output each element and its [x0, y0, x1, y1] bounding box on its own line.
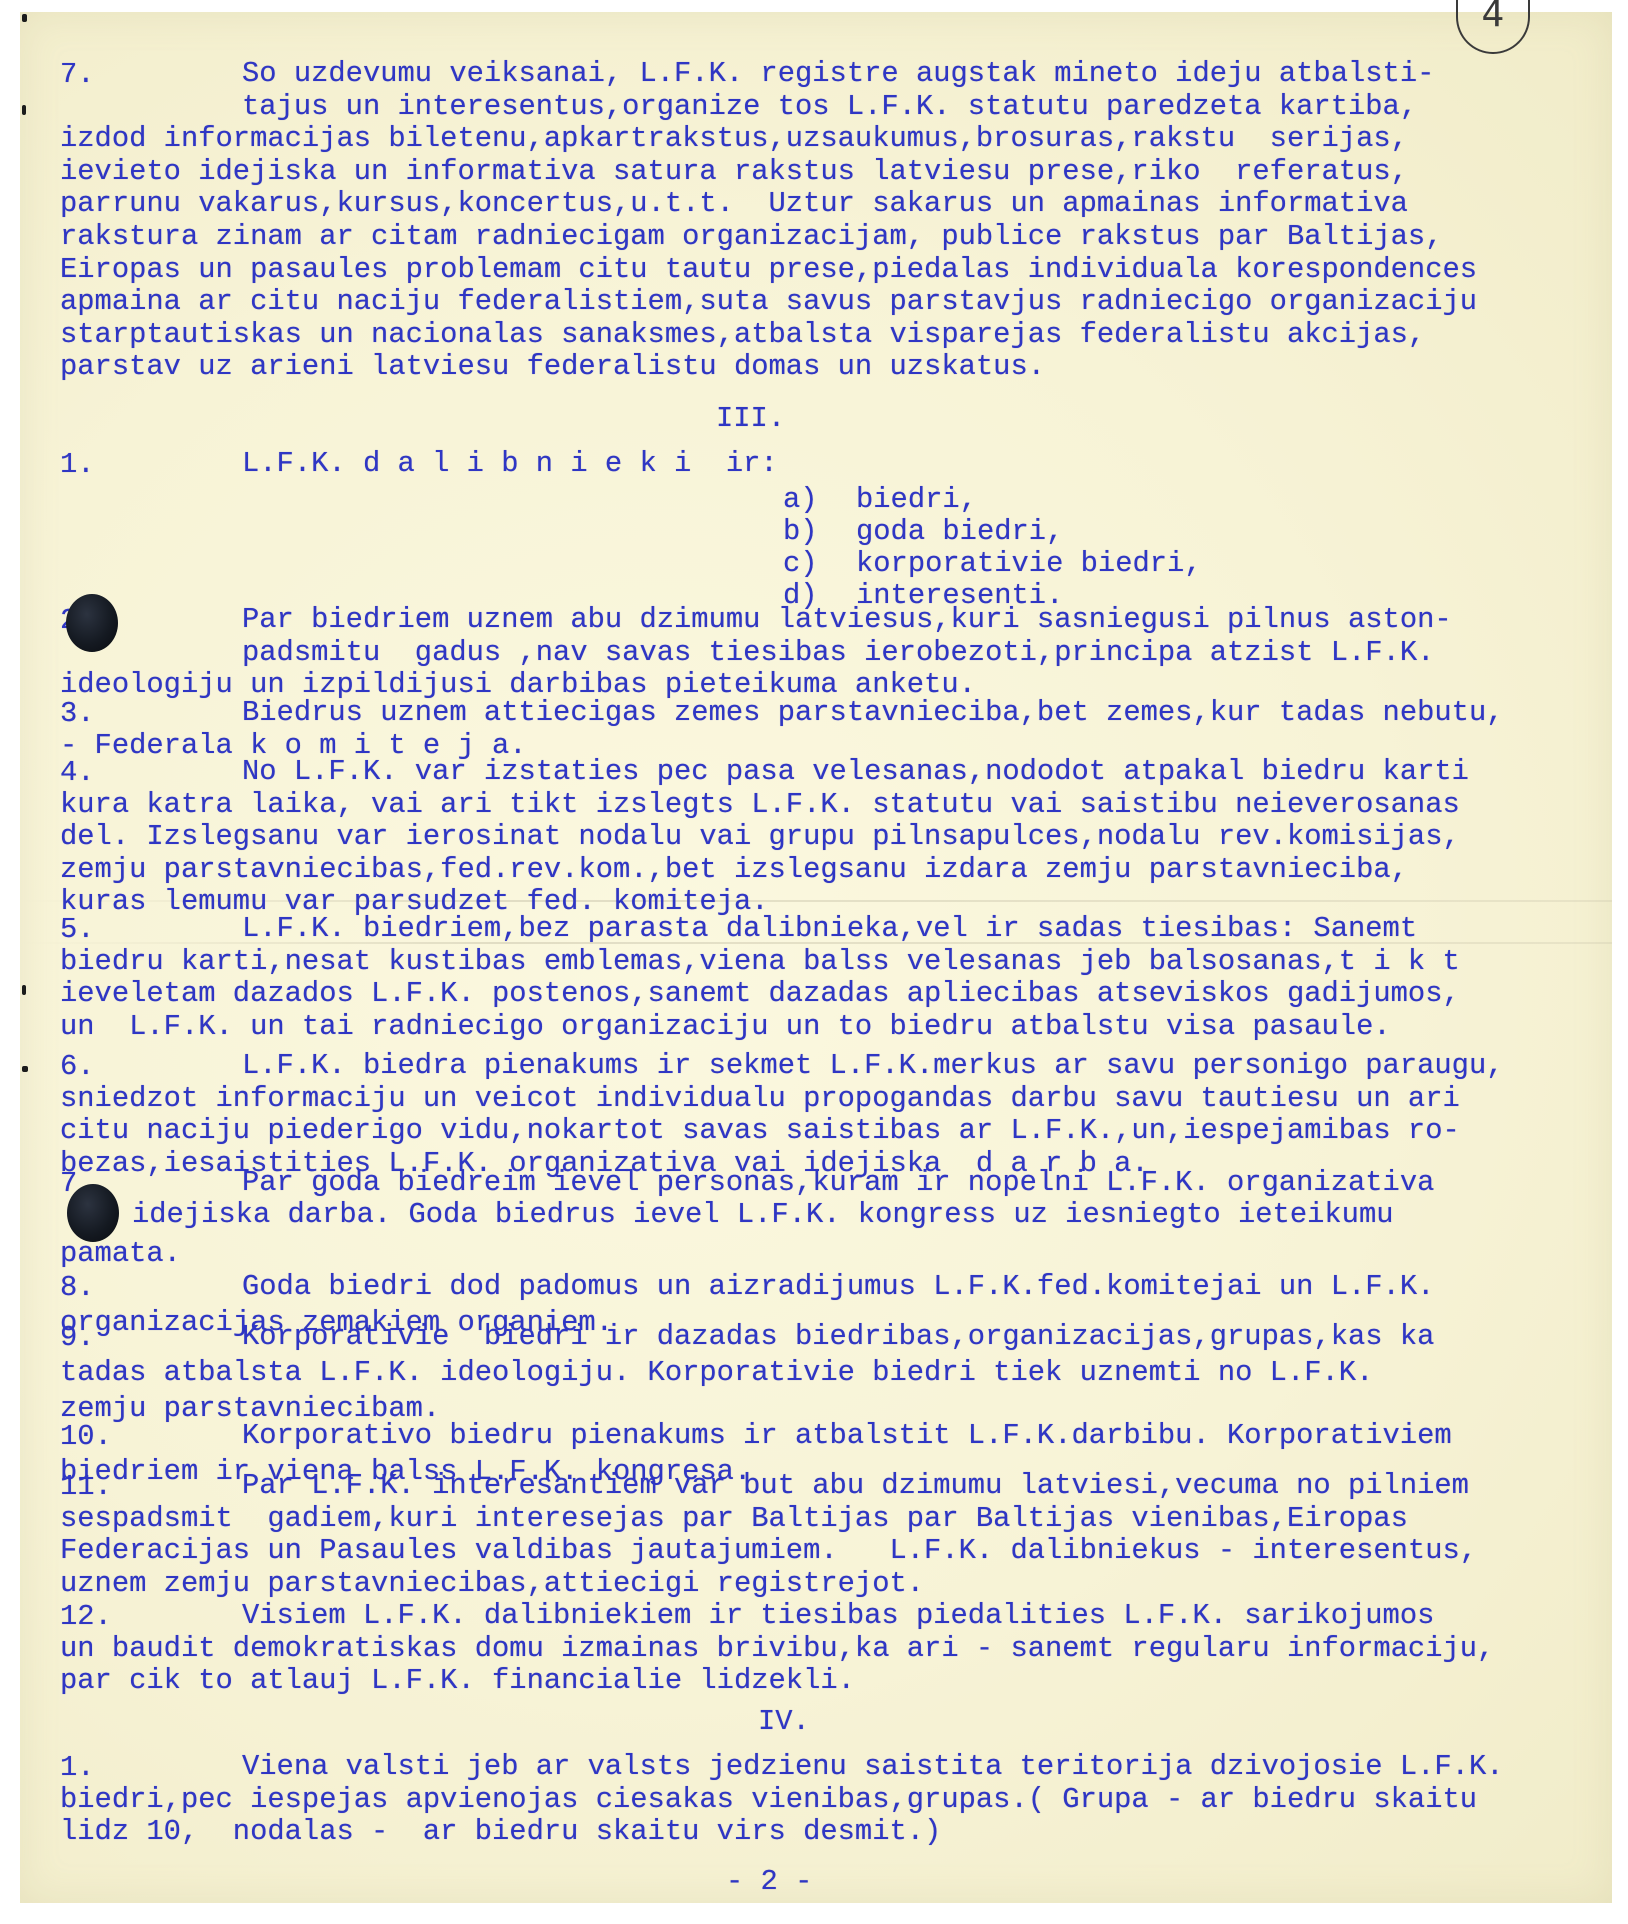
edge-mark	[22, 14, 27, 22]
text-line: izdod informacijas biletenu,apkartrakstu…	[60, 123, 1408, 155]
item-number: 7.	[60, 58, 95, 91]
text-line: sniedzot informaciju un veicot individua…	[60, 1083, 1460, 1115]
text-line: tadas atbalsta L.F.K. ideologiju. Korpor…	[60, 1357, 1373, 1389]
text-line: zemju parstavniecibas,fed.rev.kom.,bet i…	[60, 854, 1408, 886]
edge-mark	[22, 985, 26, 995]
item-number: 9.	[60, 1321, 95, 1354]
text-line: kura katra laika, vai ari tikt izslegts …	[60, 789, 1460, 821]
text-line: uznem zemju parstavniecibas,attiecigi re…	[60, 1568, 924, 1600]
text-line: parstav uz arieni latviesu federalistu d…	[60, 351, 1045, 383]
text-line: Par goda biedreim ievel personas,kuram i…	[242, 1167, 1434, 1199]
text-line: del. Izslegsanu var ierosinat nodalu vai…	[60, 821, 1460, 853]
item-number: 12.	[60, 1600, 112, 1633]
text-line: apmaina ar citu naciju federalistiem,sut…	[60, 286, 1477, 318]
text-line: Goda biedri dod padomus un aizradijumus …	[242, 1271, 1434, 1303]
item-number: 6.	[60, 1050, 95, 1083]
item-number: 1.	[60, 448, 95, 481]
list-item-text: korporativie biedri,	[856, 548, 1202, 580]
text-line: tajus un interesentus,organize tos L.F.K…	[242, 91, 1417, 123]
list-letter: b)	[783, 516, 818, 548]
text-line: Par L.F.K. interesantiem var but abu dzi…	[242, 1470, 1469, 1502]
text-line: rakstura zinam ar citam radniecigam orga…	[60, 221, 1442, 253]
text-line: un baudit demokratiskas domu izmainas br…	[60, 1633, 1494, 1665]
text-line: idejiska darba. Goda biedrus ievel L.F.K…	[132, 1199, 1394, 1231]
text-line: sespadsmit gadiem,kuri interesejas par B…	[60, 1503, 1408, 1535]
text-line: pamata.	[60, 1238, 181, 1270]
page-number: - 2 -	[726, 1866, 812, 1898]
text-line: parrunu vakarus,kursus,koncertus,u.t.t. …	[60, 188, 1408, 220]
item-number: 8.	[60, 1271, 95, 1304]
hole-punch	[67, 1184, 119, 1242]
text-line: Biedrus uznem attiecigas zemes parstavni…	[242, 697, 1504, 729]
text-line: So uzdevumu veiksanai, L.F.K. registre a…	[242, 58, 1434, 90]
text-line: biedru karti,nesat kustibas emblemas,vie…	[60, 946, 1460, 978]
text-line: un L.F.K. un tai radniecigo organizaciju…	[60, 1011, 1391, 1043]
text-line: starptautiskas un nacionalas sanaksmes,a…	[60, 319, 1425, 351]
item-number: 5.	[60, 913, 95, 946]
item-number: 4.	[60, 756, 95, 789]
text-line: lidz 10, nodalas - ar biedru skaitu virs…	[60, 1816, 941, 1848]
list-item-text: goda biedri,	[856, 516, 1063, 548]
item-number: 3.	[60, 697, 95, 730]
edge-mark	[22, 1066, 28, 1072]
text-line: Eiropas un pasaules problemam citu tautu…	[60, 254, 1477, 286]
section-heading: III.	[716, 403, 785, 435]
text-line: Korporativo biedru pienakums ir atbalsti…	[242, 1420, 1452, 1452]
text-line: Par biedriem uznem abu dzimumu latviesus…	[242, 604, 1452, 636]
text-line: citu naciju piederigo vidu,nokartot sava…	[60, 1115, 1460, 1147]
page-mark-number: 4	[1458, 0, 1528, 35]
item-number: 11.	[60, 1470, 112, 1503]
text-line: Visiem L.F.K. dalibniekiem ir tiesibas p…	[242, 1600, 1434, 1632]
text-line: Korporativie biedri ir dazadas biedribas…	[242, 1321, 1434, 1353]
text-line: ieveletam dazados L.F.K. postenos,sanemt…	[60, 978, 1460, 1010]
list-item-text: biedri,	[856, 484, 977, 516]
text-line: No L.F.K. var izstaties pec pasa velesan…	[242, 756, 1469, 788]
text-line: ievieto idejiska un informativa satura r…	[60, 156, 1408, 188]
text-line: biedri,pec iespejas apvienojas ciesakas …	[60, 1784, 1477, 1816]
text-line: L.F.K. biedra pienakums ir sekmet L.F.K.…	[242, 1050, 1504, 1082]
text-line: Viena valsti jeb ar valsts jedzienu sais…	[242, 1751, 1504, 1783]
item-number: 1.	[60, 1751, 95, 1784]
text-line: L.F.K. d a l i b n i e k i ir:	[242, 448, 778, 480]
section-heading: IV.	[758, 1706, 810, 1738]
text-line: Federacijas un Pasaules valdibas jautaju…	[60, 1535, 1477, 1567]
text-line: par cik to atlauj L.F.K. financialie lid…	[60, 1665, 855, 1697]
hole-punch	[66, 594, 118, 652]
text-line: L.F.K. biedriem,bez parasta dalibnieka,v…	[242, 913, 1417, 945]
edge-mark	[22, 105, 26, 115]
list-letter: c)	[783, 548, 818, 580]
text-line: padsmitu gadus ,nav savas tiesibas ierob…	[242, 637, 1434, 669]
list-letter: a)	[783, 484, 818, 516]
item-number: 10.	[60, 1420, 112, 1453]
